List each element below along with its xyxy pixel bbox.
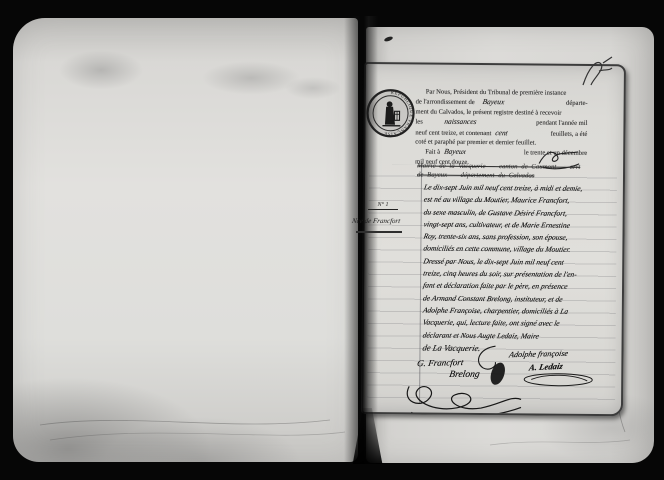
handwritten-fill: naissances: [444, 117, 478, 127]
act-line: fant et déclaration faite par le père, e…: [422, 280, 583, 294]
signature-adolphe-francoise: Adolphe françoise: [508, 349, 569, 360]
printed-text: feuillets, a été: [551, 129, 588, 139]
printed-text: départe-: [566, 99, 588, 109]
margin-note: N° 1 Nce de Francfort: [352, 202, 416, 233]
signature-loop-flourish: [403, 376, 527, 416]
signature-francfort: G. Francfort: [416, 357, 464, 368]
printed-text: pendant l'année mil: [536, 119, 587, 129]
handwritten-fill: cent: [495, 128, 509, 138]
printed-text: Fait à: [425, 148, 440, 158]
act-line: domiciliés en cette commune, village du …: [422, 243, 583, 257]
handwritten-fill: Bayeux: [482, 97, 505, 107]
republique-francaise-seal-stamp: RÉPUBLIQUE FRANÇAISE: [363, 86, 417, 140]
act-line: déclarant et Nous Augte Ledaiz, Maire: [422, 329, 583, 343]
handwritten-fill: Bayeux: [443, 147, 466, 157]
registry-sheet: RÉPUBLIQUE FRANÇAISE Par Nous, Président…: [361, 62, 626, 416]
printed-text: de l'arrondissement de: [416, 98, 475, 108]
act-line: est né au village du Moutier, Maurice Fr…: [423, 194, 584, 208]
margin-underline: [356, 231, 402, 233]
oval-flourish: [521, 371, 595, 388]
act-number: N° 1: [368, 202, 398, 210]
printed-text: les: [415, 118, 422, 127]
corner-paraph-mark: [579, 55, 615, 91]
struck-heading: Mairie de la Vacquerie — canton de Caumo…: [417, 162, 619, 181]
printed-line: ment du Calvados, le présent registre de…: [416, 107, 588, 118]
act-line: Vacquerie, qui, lecture faite, ont signé…: [422, 317, 583, 331]
birth-act-handwriting: Le dix-sept Juin mil neuf cent treize, à…: [421, 182, 581, 356]
scanned-register-photo: RÉPUBLIQUE FRANÇAISE Par Nous, Président…: [0, 0, 664, 480]
struck-line: de Bayeux — département du Calvados: [417, 171, 619, 182]
act-title: Nce de Francfort: [351, 217, 400, 225]
